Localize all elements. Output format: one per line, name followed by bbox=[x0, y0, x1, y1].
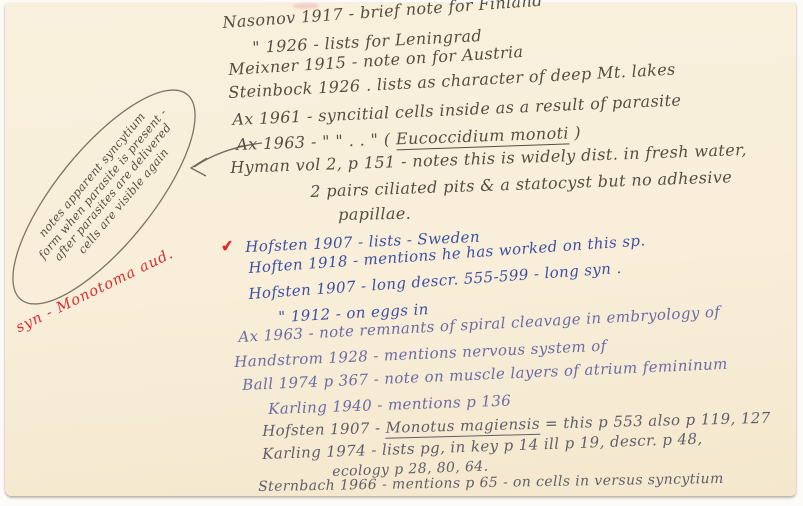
note-text-segment: Nasonov 1917 - brief note for Finland bbox=[222, 0, 544, 32]
note-text-segment: ) bbox=[569, 123, 582, 142]
note-text-segment: Hofsten 1907 - bbox=[262, 419, 386, 440]
note-text-segment: Sternbach 1966 - mentions p 65 - on cell… bbox=[258, 471, 724, 495]
note-text-segment: papillae. bbox=[338, 204, 411, 224]
note-line: Karling 1940 - mentions p 136 bbox=[268, 394, 511, 417]
note-text-segment: 2 pairs ciliated pits & a statocyst but … bbox=[310, 167, 732, 201]
note-text-segment: Karling 1940 - mentions p 136 bbox=[268, 392, 512, 418]
note-line: 2 pairs ciliated pits & a statocyst but … bbox=[310, 169, 732, 200]
note-line: Sternbach 1966 - mentions p 65 - on cell… bbox=[258, 472, 724, 494]
note-text-segment: Ax 1963 - " " . . " ( bbox=[236, 129, 396, 154]
scanned-note-page: notes apparent syncytium form when paras… bbox=[0, 0, 803, 506]
note-line: Nasonov 1917 - brief note for Finland bbox=[222, 0, 543, 31]
handwritten-lines: Nasonov 1917 - brief note for Finland" 1… bbox=[5, 3, 796, 496]
note-text-segment: = this p 553 also p 119, 127 bbox=[540, 409, 771, 433]
index-card: notes apparent syncytium form when paras… bbox=[5, 3, 796, 496]
note-line: papillae. bbox=[338, 206, 411, 223]
